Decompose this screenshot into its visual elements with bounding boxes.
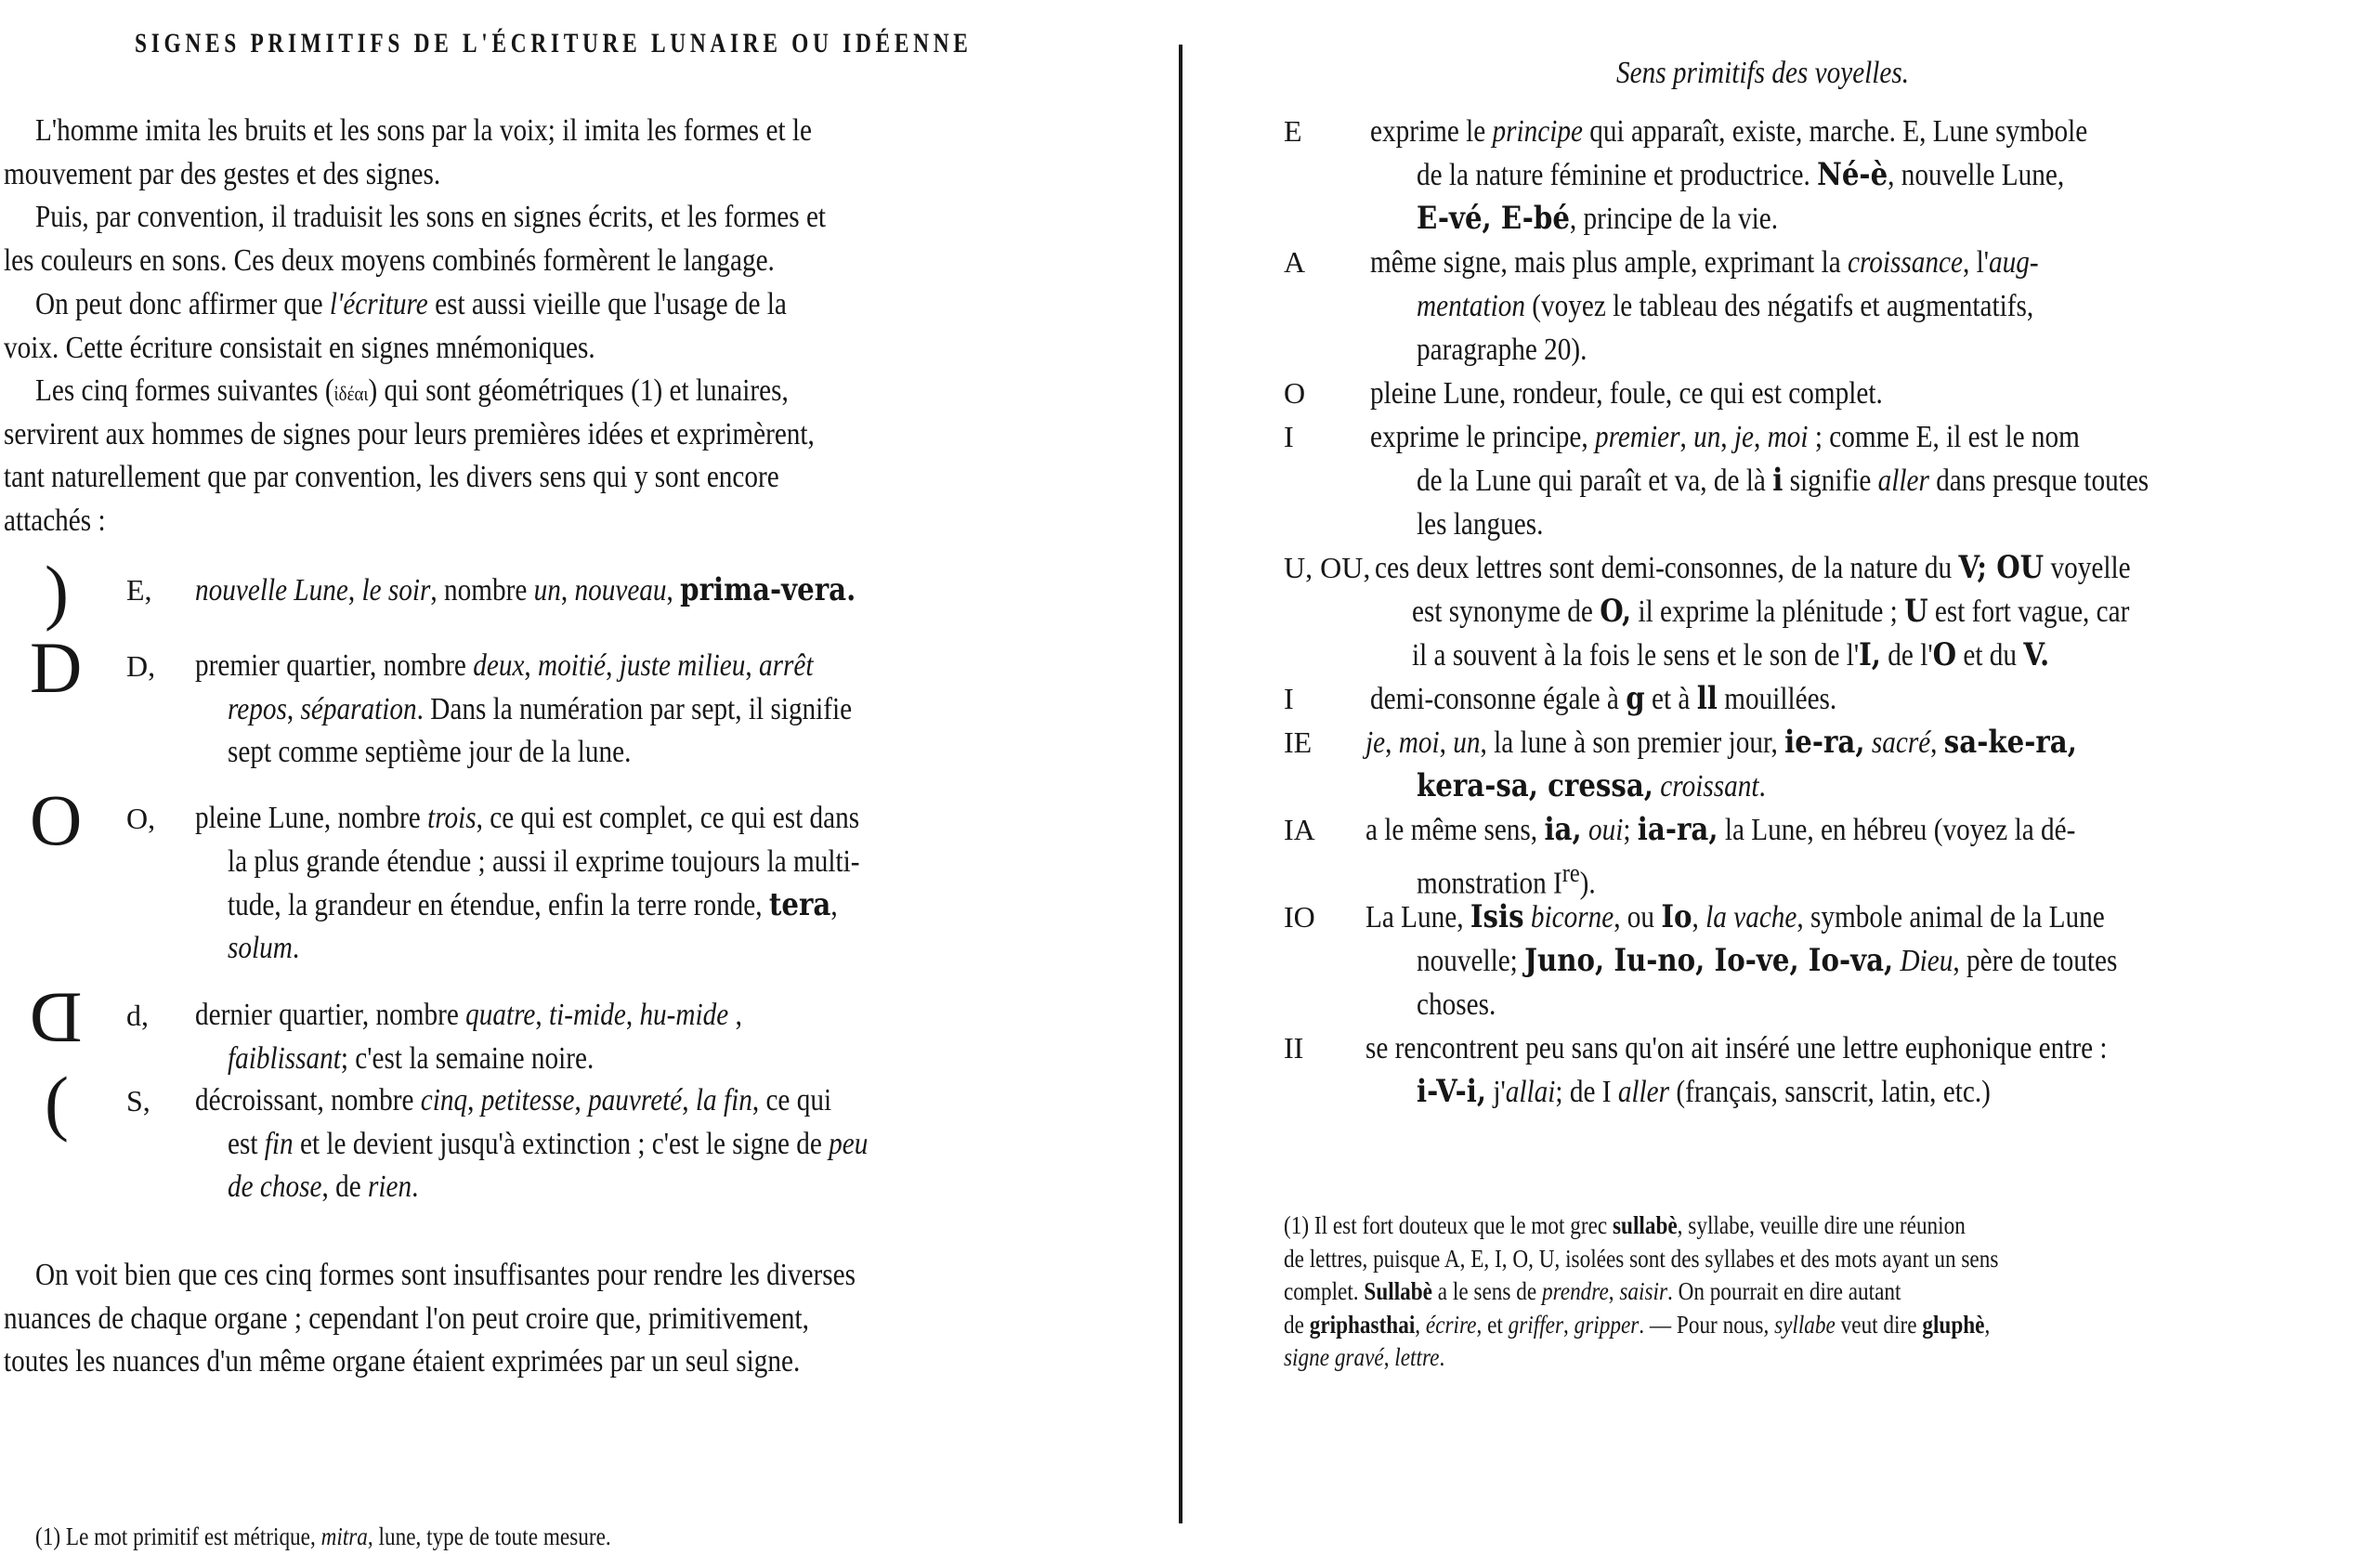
sign-description-line: de chose, de rien.	[228, 1166, 418, 1209]
footnote-line: complet. Sullabè a le sens de prendre, s…	[1284, 1275, 1998, 1309]
vowel-label: I	[1284, 677, 1294, 721]
vowel-meaning-line: a le même sens, ia, oui; ia-ra, la Lune,…	[1365, 808, 2075, 852]
vowel-meaning-line: pleine Lune, rondeur, foule, ce qui est …	[1370, 372, 1883, 415]
vowels-section-title: Sens primitifs des voyelles.	[1616, 56, 1909, 91]
footnote-line: signe gravé, lettre.	[1284, 1341, 1998, 1375]
vowel-meaning-line: il a souvent à la fois le sens et le son…	[1412, 634, 2049, 677]
vowel-meaning-line: exprime le principe qui apparaît, existe…	[1370, 110, 2087, 153]
footnote: (1) Le mot primitif est métrique, mitra,…	[35, 1520, 611, 1553]
sign-description-line: pleine Lune, nombre trois, ce qui est co…	[195, 797, 859, 841]
vowel-meaning-line: i-V-i, j'allai; de I aller (français, sa…	[1417, 1070, 1991, 1114]
sign-description-line: solum.	[228, 927, 299, 971]
paragraph-line: Puis, par convention, il traduisit les s…	[35, 196, 826, 240]
paragraph-line: On peut donc affirmer que l'écriture est…	[35, 283, 787, 327]
sign-description-line: repos, séparation. Dans la numération pa…	[228, 688, 852, 732]
vowel-meaning-line: paragraphe 20).	[1417, 328, 1587, 372]
lunar-sign-glyph: D	[30, 981, 82, 1053]
paragraph-line: toutes les nuances d'un même organe étai…	[4, 1340, 800, 1384]
vowel-meaning-line: mentation (voyez le tableau des négatifs…	[1417, 284, 2033, 328]
footnote-line: de griphasthai, écrire, et griffer, grip…	[1284, 1309, 1998, 1342]
sign-label: d,	[126, 994, 149, 1038]
sign-description-line: faiblissant; c'est la semaine noire.	[228, 1038, 594, 1081]
paragraph-line: On voit bien que ces cinq formes sont in…	[35, 1254, 856, 1298]
vowel-meaning-line: de la nature féminine et productrice. Né…	[1417, 153, 2064, 197]
paragraph-line: tant naturellement que par convention, l…	[4, 456, 779, 500]
column-divider	[1179, 45, 1182, 1523]
vowel-label: A	[1284, 241, 1305, 284]
vowel-meaning-line: kera-sa, cressa, croissant.	[1417, 764, 1766, 808]
sign-label: S,	[126, 1079, 150, 1123]
lunar-sign-glyph: (	[45, 1066, 69, 1139]
sign-description-line: premier quartier, nombre deux, moitié, j…	[195, 645, 813, 688]
sign-description-line: sept comme septième jour de la lune.	[228, 731, 631, 775]
vowel-label: IE	[1284, 721, 1312, 764]
vowel-meaning-line: choses.	[1417, 983, 1496, 1026]
sign-description-line: tude, la grandeur en étendue, enfin la t…	[228, 883, 838, 928]
vowel-meaning-line: nouvelle; Juno, Iu-no, Io-ve, Io-va, Die…	[1417, 939, 2117, 983]
vowel-meaning-line: même signe, mais plus ample, exprimant l…	[1370, 241, 2039, 284]
vowel-label: IO	[1284, 895, 1315, 939]
footnote-line: de lettres, puisque A, E, I, O, U, isolé…	[1284, 1243, 1998, 1276]
vowel-meaning-line: de la Lune qui paraît et va, de là i sig…	[1417, 459, 2149, 503]
paragraph-line: nuances de chaque organe ; cependant l'o…	[4, 1298, 809, 1341]
paragraph-line: les couleurs en sons. Ces deux moyens co…	[4, 240, 775, 283]
vowel-meaning-line: se rencontrent peu sans qu'on ait inséré…	[1365, 1026, 2108, 1070]
vowel-meaning-line: La Lune, Isis bicorne, ou Io, la vache, …	[1365, 895, 2105, 939]
sign-description-line: dernier quartier, nombre quatre, ti-mide…	[195, 994, 742, 1038]
page-title: SIGNES PRIMITIFS DE L'ÉCRITURE LUNAIRE O…	[135, 28, 973, 59]
paragraph-line: Les cinq formes suivantes (ἰδέαι) qui so…	[35, 370, 789, 416]
sign-label: O,	[126, 797, 155, 841]
vowel-label: O	[1284, 372, 1305, 415]
vowel-label: II	[1284, 1026, 1303, 1070]
vowel-meaning-line: E-vé, E-bé, principe de la vie.	[1417, 197, 1778, 241]
footnote: (1) Il est fort douteux que le mot grec …	[1284, 1209, 1998, 1375]
sign-description-line: est fin et le devient jusqu'à extinction…	[228, 1123, 868, 1167]
paragraph-line: mouvement par des gestes et des signes.	[4, 153, 440, 197]
vowel-meaning-line: les langues.	[1417, 503, 1543, 546]
vowel-meaning-line: demi-consonne égale à g et à ll mouillée…	[1370, 677, 1836, 721]
vowel-label: U, OU,	[1284, 546, 1370, 590]
vowel-label: E	[1284, 110, 1302, 153]
vowel-label: IA	[1284, 808, 1315, 852]
paragraph-line: voix. Cette écriture consistait en signe…	[4, 327, 595, 371]
sign-label: D,	[126, 645, 155, 688]
paragraph-line: attachés :	[4, 500, 106, 543]
sign-description-line: décroissant, nombre cinq, petitesse, pau…	[195, 1079, 831, 1123]
paragraph-line: L'homme imita les bruits et les sons par…	[35, 110, 812, 153]
lunar-sign-glyph: D	[30, 632, 82, 704]
vowel-meaning-line: je, moi, un, la lune à son premier jour,…	[1365, 721, 2077, 764]
lunar-sign-glyph: )	[45, 555, 69, 628]
vowel-meaning-line: ces deux lettres sont demi-consonnes, de…	[1375, 546, 2131, 590]
paragraph-line: servirent aux hommes de signes pour leur…	[4, 413, 815, 457]
lunar-sign-glyph: O	[30, 784, 82, 856]
sign-description-line: la plus grande étendue ; aussi il exprim…	[228, 841, 859, 884]
vowel-meaning-line: est synonyme de O, il exprime la plénitu…	[1412, 590, 2129, 634]
sign-description-line: nouvelle Lune, le soir, nombre un, nouve…	[195, 568, 856, 613]
vowel-label: I	[1284, 415, 1294, 459]
sign-label: E,	[126, 568, 152, 612]
vowel-meaning-line: exprime le principe, premier, un, je, mo…	[1370, 415, 2080, 459]
footnote-line: (1) Il est fort douteux que le mot grec …	[1284, 1209, 1998, 1243]
